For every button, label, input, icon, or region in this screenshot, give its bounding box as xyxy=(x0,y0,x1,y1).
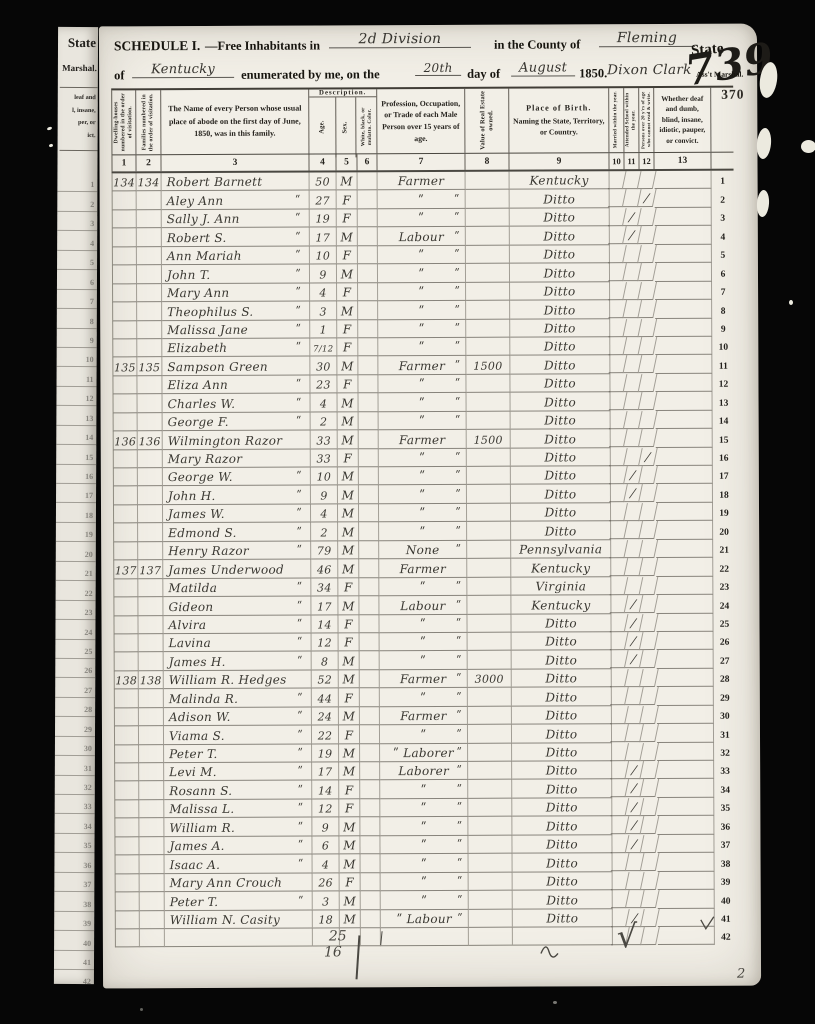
cell-real-estate-value xyxy=(469,909,513,928)
cell-age: 12 xyxy=(312,633,339,652)
row-number: 17 xyxy=(713,466,735,485)
cell-family xyxy=(138,413,163,432)
name-ditto-mark: ʺ xyxy=(297,690,302,705)
cell-dwelling xyxy=(113,395,138,414)
occupation-ditto-mark: ʺ xyxy=(455,376,460,391)
table-row: 135135Sampson Green30MFarmerʺ1500Ditto11 xyxy=(112,355,734,376)
cell-color xyxy=(359,523,379,542)
cell-occupation: ʺʺ xyxy=(380,651,468,670)
cell-color xyxy=(358,172,378,191)
adjacent-row-line: 42 xyxy=(54,970,94,984)
occupation-ditto-mark: ʺ xyxy=(456,505,461,520)
table-row: Theophilus S.ʺ3MʺʺDitto8 xyxy=(112,300,734,321)
cell-family xyxy=(140,911,165,930)
cell-age: 17 xyxy=(312,762,339,781)
cell-name: Gideonʺ xyxy=(163,597,311,616)
cell-family xyxy=(137,228,162,247)
header-sex: Sex. xyxy=(336,97,357,157)
cell-sex: F xyxy=(337,191,358,210)
cell-real-estate-value xyxy=(468,780,512,799)
cell-remarks xyxy=(658,890,715,909)
adjacent-row-line: 12 xyxy=(56,387,96,407)
cell-color xyxy=(358,209,378,228)
cell-sex: M xyxy=(337,357,358,376)
name-ditto-mark: ʺ xyxy=(296,285,301,300)
cell-real-estate-value xyxy=(466,374,510,393)
cell-occupation: ʺʺ xyxy=(381,854,469,873)
cell-remarks xyxy=(656,540,713,559)
cell-age: 17 xyxy=(311,596,338,615)
census-sheet: SCHEDULE I. —Free Inhabitants in 2d Divi… xyxy=(99,24,761,989)
cell-birthplace: Ditto xyxy=(513,890,613,909)
cell-dwelling xyxy=(114,708,139,727)
adjacent-row-line: 5 xyxy=(57,251,97,271)
occupation-ditto-mark: ʺ xyxy=(457,855,462,870)
header-description-group: Description. Age. Sex. White, black, or … xyxy=(309,89,377,153)
row-number: 9 xyxy=(712,318,734,337)
cell-name: Henry Razorʺ xyxy=(163,541,311,560)
cell-age: 18 xyxy=(313,910,340,929)
cell-family xyxy=(140,874,165,893)
cell-remarks xyxy=(655,337,712,356)
row-number: 33 xyxy=(714,761,736,780)
occupation-ditto-mark: ʺ xyxy=(454,229,459,244)
cell-name: John H.ʺ xyxy=(163,486,311,505)
cell-occupation: Laborerʺ xyxy=(380,762,468,781)
occupation-ditto-mark: ʺ xyxy=(457,800,462,815)
cell-color xyxy=(358,246,378,265)
occupation-ditto-mark: ʺ xyxy=(456,542,461,557)
occupation-ditto-mark: ʺ xyxy=(455,395,460,410)
name-ditto-mark: ʺ xyxy=(297,653,302,668)
cell-name: Peter T.ʺ xyxy=(165,892,313,911)
cell-sex: M xyxy=(339,744,360,763)
cell-birthplace: Ditto xyxy=(512,687,612,706)
cell-occupation: ʺʺ xyxy=(380,836,468,855)
cell-name: Lavinaʺ xyxy=(164,633,312,652)
cell-birthplace: Kentucky xyxy=(511,595,611,614)
adjacent-row-line: 14 xyxy=(56,426,96,446)
enumerated-label: enumerated by me, on the xyxy=(241,67,380,83)
cell-birthplace: Ditto xyxy=(511,614,611,633)
cell-family xyxy=(139,763,164,782)
cell-color xyxy=(360,799,380,818)
cell-age: 3 xyxy=(313,891,340,910)
cell-remarks xyxy=(657,724,714,743)
cell-age: 33 xyxy=(311,449,338,468)
cell-birthplace: Ditto xyxy=(510,300,610,319)
cell-occupation: ʺʺ xyxy=(379,504,467,523)
adjacent-row-line: 40 xyxy=(54,931,94,951)
adjacent-row-line: 39 xyxy=(54,912,94,932)
cell-family xyxy=(137,284,162,303)
occupation-ditto-mark: ʺ xyxy=(457,819,462,834)
adjacent-row-line: 27 xyxy=(55,678,95,698)
cell-family xyxy=(138,597,163,616)
cell-real-estate-value xyxy=(466,245,510,264)
cell-age: 30 xyxy=(310,357,337,376)
cell-age: 10 xyxy=(311,467,338,486)
cell-color xyxy=(359,430,379,449)
table-row: Viama S.ʺ22FʺʺDitto31 xyxy=(114,724,736,745)
cell-remarks xyxy=(656,613,713,632)
cell-sex: M xyxy=(339,652,360,671)
cell-age: 34 xyxy=(311,578,338,597)
cell-real-estate-value: 1500 xyxy=(467,430,511,449)
name-ditto-mark: ʺ xyxy=(296,414,301,429)
ink-speck xyxy=(47,126,53,131)
cell-family xyxy=(139,818,164,837)
cell-color xyxy=(361,854,381,873)
cell-occupation: ʺʺ xyxy=(379,577,467,596)
cell-dwelling xyxy=(114,745,139,764)
cell-occupation: ʺʺ xyxy=(381,891,469,910)
adjacent-page-sliver: State Marshal. leaf and l, insane, per, … xyxy=(54,27,98,984)
fragment-line: leaf and xyxy=(60,92,98,105)
row-number: 32 xyxy=(714,742,736,761)
name-ditto-mark: ʺ xyxy=(297,598,302,613)
cell-real-estate-value xyxy=(468,799,512,818)
adjacent-row-line: 26 xyxy=(55,659,95,679)
cell-dwelling xyxy=(112,192,137,211)
cell-family xyxy=(139,689,164,708)
cell-sex: F xyxy=(338,615,359,634)
occupation-ditto-mark: ʺ xyxy=(456,634,461,649)
adjacent-row-line: 21 xyxy=(56,562,96,582)
cell-real-estate-value xyxy=(467,522,511,541)
cell-name: James A.ʺ xyxy=(164,836,312,855)
cell-sex: F xyxy=(338,449,359,468)
name-ditto-mark: ʺ xyxy=(296,469,301,484)
cell-occupation: Farmer xyxy=(379,559,467,578)
cell-dwelling xyxy=(112,339,137,358)
cell-dwelling xyxy=(115,929,140,948)
cell-birthplace: Ditto xyxy=(511,429,611,448)
occupation-ditto-mark: ʺ xyxy=(455,450,460,465)
cell-birthplace: Kentucky xyxy=(511,558,611,577)
cell-dwelling: 137 xyxy=(113,560,138,579)
cell-birthplace: Ditto xyxy=(511,503,611,522)
cell-family xyxy=(138,468,163,487)
cell-name: Robert Barnett xyxy=(162,173,310,192)
cell-name: Adison W.ʺ xyxy=(164,707,312,726)
cell-real-estate-value xyxy=(469,891,513,910)
cell-real-estate-value xyxy=(466,319,510,338)
name-ditto-mark: ʺ xyxy=(298,764,303,779)
description-group-label: Description. xyxy=(309,89,376,97)
cell-occupation: ʺʺ xyxy=(380,725,468,744)
fragment-line: l, insane, xyxy=(60,104,98,117)
cell-color xyxy=(358,301,378,320)
cell-sex: F xyxy=(339,633,360,652)
cell-occupation: ʺʺ xyxy=(378,190,466,209)
cell-real-estate-value xyxy=(467,614,511,633)
cell-dwelling xyxy=(112,302,137,321)
pencil-squiggle xyxy=(539,939,565,959)
name-ditto-mark: ʺ xyxy=(295,211,300,226)
adjacent-row-line: 33 xyxy=(55,795,95,815)
cell-birthplace: Ditto xyxy=(512,817,612,836)
cell-occupation: Noneʺ xyxy=(379,541,467,560)
row-number: 4 xyxy=(712,226,734,245)
cell-sex: M xyxy=(339,707,360,726)
cell-birthplace: Ditto xyxy=(510,374,610,393)
cell-age: 10 xyxy=(310,246,337,265)
cell-age: 7/12 xyxy=(310,338,337,357)
cell-color xyxy=(360,688,380,707)
cell-color xyxy=(359,596,379,615)
cell-age: 14 xyxy=(312,781,339,800)
cell-remarks xyxy=(656,503,713,522)
cell-color xyxy=(358,264,378,283)
cell-remarks xyxy=(655,263,712,282)
cell-color xyxy=(360,818,380,837)
cell-remarks xyxy=(655,171,712,190)
cell-age: 14 xyxy=(311,615,338,634)
cell-family xyxy=(137,192,162,211)
cell-age: 44 xyxy=(312,689,339,708)
scanned-census-page: State Marshal. leaf and l, insane, per, … xyxy=(0,0,815,1024)
cell-occupation: ʺʺ xyxy=(380,633,468,652)
cell-real-estate-value xyxy=(467,467,511,486)
cell-remarks xyxy=(655,318,712,337)
occupation-ditto-mark: ʺ xyxy=(456,671,461,686)
adjacent-state-label: State xyxy=(68,35,96,51)
cell-age: 1 xyxy=(310,320,337,339)
cell-name: Malinda R.ʺ xyxy=(164,689,312,708)
cell-remarks xyxy=(655,245,712,264)
name-ditto-mark: ʺ xyxy=(298,782,303,797)
cell-real-estate-value xyxy=(466,209,510,228)
cell-age: 9 xyxy=(312,818,339,837)
cell-real-estate-value xyxy=(467,540,511,559)
cell-name xyxy=(165,928,313,947)
adjacent-row-line: 6 xyxy=(57,270,97,290)
cell-age: 17 xyxy=(310,228,337,247)
cell-real-estate-value xyxy=(467,559,511,578)
cell-name: Mary Annʺ xyxy=(162,283,310,302)
cell-real-estate-value xyxy=(468,688,512,707)
cell-occupation: ʺ Laborerʺ xyxy=(380,743,468,762)
cell-real-estate-value xyxy=(468,743,512,762)
cell-sex: M xyxy=(338,504,359,523)
cell-sex: M xyxy=(339,762,360,781)
cell-birthplace: Ditto xyxy=(510,337,610,356)
cell-age: 9 xyxy=(310,265,337,284)
row-number: 40 xyxy=(715,890,737,909)
occupation-ditto-mark: ʺ xyxy=(457,708,462,723)
table-row: John T.ʺ9MʺʺDitto6 xyxy=(112,263,734,284)
adjacent-row-line: 41 xyxy=(54,950,94,970)
name-ditto-mark: ʺ xyxy=(297,635,302,650)
cell-family xyxy=(139,782,164,801)
cell-occupation xyxy=(381,928,469,947)
cell-dwelling: 134 xyxy=(112,173,137,192)
cell-birthplace: Ditto xyxy=(511,448,611,467)
cell-family xyxy=(138,450,163,469)
cell-birthplace: Ditto xyxy=(510,245,610,264)
cell-sex: M xyxy=(338,541,359,560)
cell-color xyxy=(361,873,381,892)
adjacent-row-line: 4 xyxy=(57,231,97,251)
cell-real-estate-value xyxy=(467,448,511,467)
name-ditto-mark: ʺ xyxy=(298,801,303,816)
cell-sex: F xyxy=(337,246,358,265)
cell-dwelling xyxy=(113,468,138,487)
occupation-ditto-mark: ʺ xyxy=(456,487,461,502)
cell-sex: M xyxy=(338,430,359,449)
occupation-ditto-mark: ʺ xyxy=(456,597,461,612)
cell-sex: F xyxy=(338,578,359,597)
cell-color xyxy=(359,578,379,597)
cell-sex: M xyxy=(338,596,359,615)
cell-birthplace: Ditto xyxy=(511,392,611,411)
cell-occupation: ʺʺ xyxy=(378,246,466,265)
row-number: 15 xyxy=(713,429,735,448)
row-number: 30 xyxy=(714,705,736,724)
cell-name: Sampson Green xyxy=(162,357,310,376)
cell-birthplace: Ditto xyxy=(512,761,612,780)
cell-birthplace: Ditto xyxy=(512,780,612,799)
cell-occupation: ʺʺ xyxy=(379,485,467,504)
cell-color xyxy=(358,320,378,339)
cell-dwelling xyxy=(114,726,139,745)
cell-real-estate-value xyxy=(469,872,513,891)
cell-age: 9 xyxy=(311,486,338,505)
cell-remarks xyxy=(657,816,714,835)
table-row: 137137James Underwood46MFarmerKentucky22 xyxy=(113,558,735,579)
name-ditto-mark: ʺ xyxy=(297,543,302,558)
row-number: 8 xyxy=(712,300,734,319)
cell-name: Viama S.ʺ xyxy=(164,726,312,745)
adjacent-row-line: 38 xyxy=(54,892,94,912)
cell-color xyxy=(360,725,380,744)
cell-occupation: ʺʺ xyxy=(379,412,467,431)
cell-age: 3 xyxy=(310,301,337,320)
ink-blob xyxy=(756,190,770,218)
cell-sex: M xyxy=(337,301,358,320)
name-ditto-mark: ʺ xyxy=(297,580,302,595)
cell-name: Theophilus S.ʺ xyxy=(162,302,310,321)
name-ditto-mark: ʺ xyxy=(297,616,302,631)
cell-real-estate-value xyxy=(468,817,512,836)
cell-name: Alviraʺ xyxy=(163,615,311,634)
cell-real-estate-value xyxy=(468,633,512,652)
cell-family: 135 xyxy=(137,358,162,377)
occupation-ditto-mark: ʺ xyxy=(455,302,460,317)
cell-family xyxy=(139,653,164,672)
header-married: Married within the year. xyxy=(609,88,624,152)
adjacent-row-line: 11 xyxy=(57,367,97,387)
name-ditto-mark: ʺ xyxy=(295,229,300,244)
header-dwelling: Dwelling-houses numbered in the order of… xyxy=(111,90,136,154)
cell-occupation: ʺʺ xyxy=(378,209,466,228)
cell-dwelling xyxy=(112,376,137,395)
ink-speck xyxy=(49,143,54,147)
adjacent-row-line: 34 xyxy=(55,814,95,834)
cell-real-estate-value xyxy=(468,835,512,854)
adjacent-row-line: 23 xyxy=(56,601,96,621)
cell-family xyxy=(140,855,165,874)
name-ditto-mark: ʺ xyxy=(297,506,302,521)
cell-occupation: ʺʺ xyxy=(380,780,468,799)
cell-family xyxy=(138,579,163,598)
cell-dwelling xyxy=(114,634,139,653)
cell-real-estate-value xyxy=(468,725,512,744)
cell-sex: F xyxy=(337,283,358,302)
cell-birthplace: Ditto xyxy=(512,669,612,688)
occupation-ditto-mark: ʺ xyxy=(456,690,461,705)
table-row: Edmond S.ʺ2MʺʺDitto20 xyxy=(113,521,735,542)
row-number: 22 xyxy=(713,558,735,577)
adjacent-row-line: 1 xyxy=(57,173,97,193)
cell-sex: M xyxy=(339,836,360,855)
occupation-ditto-mark: ʺ xyxy=(457,726,462,741)
occupation-ditto-mark: ʺ xyxy=(456,579,461,594)
cell-sex: F xyxy=(339,689,360,708)
adjacent-row-line: 16 xyxy=(56,464,96,484)
cell-remarks xyxy=(657,650,714,669)
cell-color xyxy=(358,283,378,302)
cell-family xyxy=(139,634,164,653)
row-number: 14 xyxy=(713,410,735,429)
cell-age: 4 xyxy=(313,855,340,874)
cell-color xyxy=(360,670,380,689)
county-label: in the County of xyxy=(494,37,581,52)
row-number: 7 xyxy=(712,281,734,300)
cell-real-estate-value: 1500 xyxy=(466,356,510,375)
cell-name: Edmond S.ʺ xyxy=(163,523,311,542)
occupation-ditto-mark: ʺ xyxy=(456,524,461,539)
name-ditto-mark: ʺ xyxy=(296,395,301,410)
cell-sex: M xyxy=(338,559,359,578)
cell-occupation: ʺʺ xyxy=(379,522,467,541)
cell-birthplace: Ditto xyxy=(512,651,612,670)
cell-birthplace: Ditto xyxy=(512,632,612,651)
cell-sex: F xyxy=(339,781,360,800)
cell-name: Robert S.ʺ xyxy=(162,228,310,247)
name-ditto-mark: ʺ xyxy=(298,819,303,834)
marshal-label: Ass't Marshal. xyxy=(696,70,743,79)
table-row: 42 xyxy=(115,927,737,948)
cell-color xyxy=(359,412,379,431)
cell-remarks xyxy=(656,392,713,411)
cell-real-estate-value xyxy=(466,338,510,357)
cell-occupation: Labourʺ xyxy=(379,596,467,615)
cell-occupation: ʺʺ xyxy=(378,301,466,320)
cell-name: Matildaʺ xyxy=(163,578,311,597)
cell-occupation: ʺʺ xyxy=(380,688,468,707)
cell-age: 12 xyxy=(312,799,339,818)
cell-sex: M xyxy=(338,467,359,486)
cell-occupation: ʺ Labourʺ xyxy=(381,909,469,928)
cell-dwelling xyxy=(114,782,139,801)
marshal-handwritten: Dixon Clark xyxy=(607,62,692,78)
cell-occupation: ʺʺ xyxy=(379,614,467,633)
name-ditto-mark: ʺ xyxy=(298,838,303,853)
adjacent-row-line: 7 xyxy=(57,290,97,310)
occupation-ditto-mark: ʺ xyxy=(457,763,462,778)
cell-color xyxy=(358,375,378,394)
cell-age: 23 xyxy=(310,375,337,394)
cell-birthplace: Ditto xyxy=(510,319,610,338)
cell-color xyxy=(360,707,380,726)
header-school: Attended School within the year. xyxy=(624,88,639,152)
cell-remarks xyxy=(657,632,714,651)
cell-dwelling: 138 xyxy=(114,671,139,690)
cell-dwelling xyxy=(114,837,139,856)
occupation-ditto-mark: ʺ xyxy=(456,616,461,631)
